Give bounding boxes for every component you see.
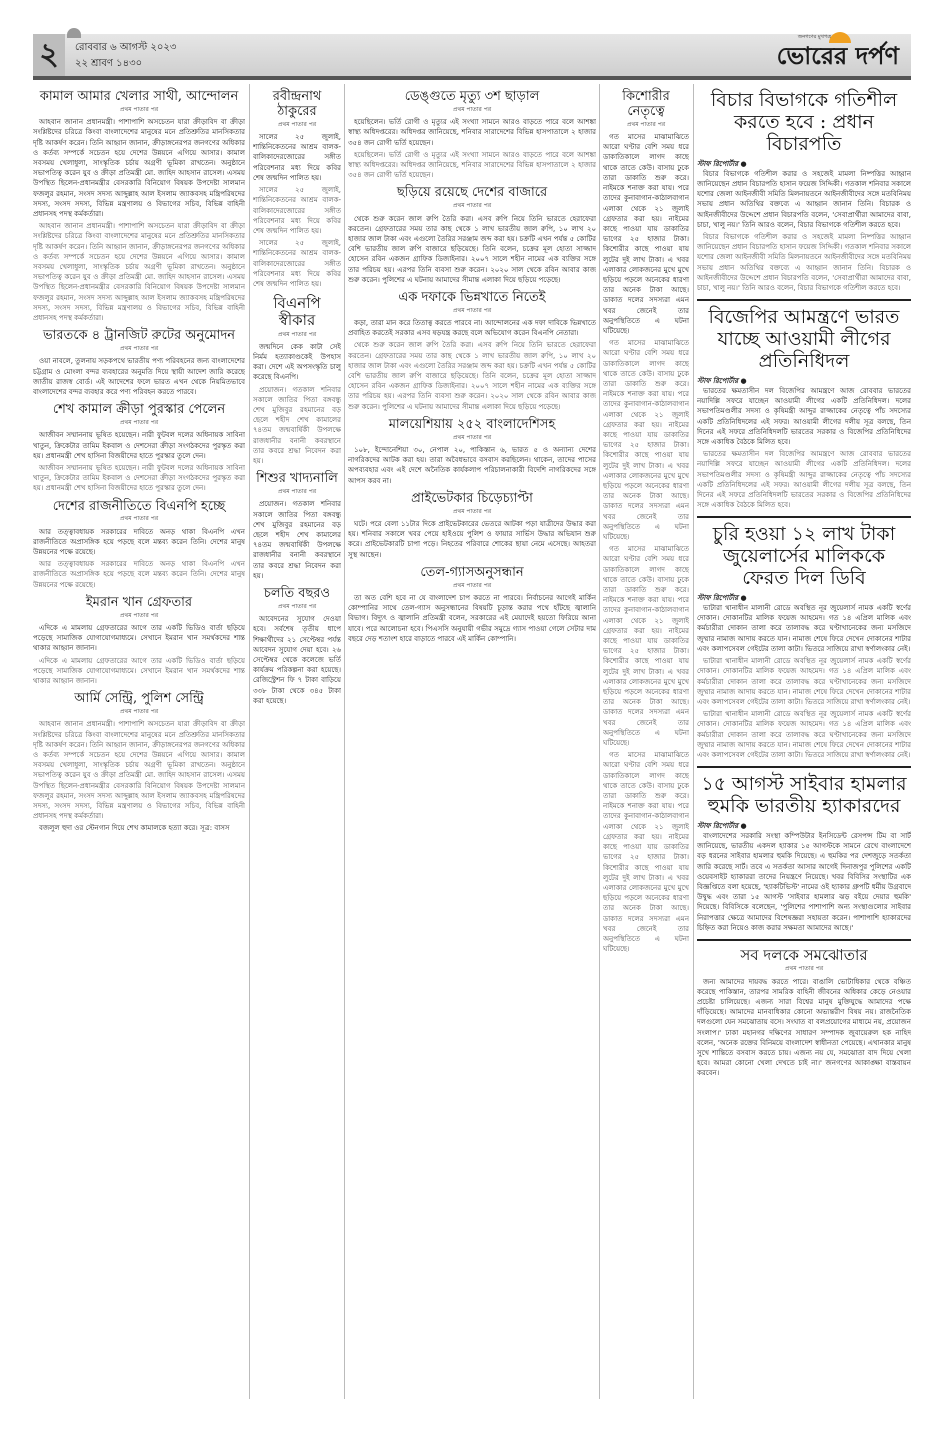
article-cyber-attack: ১৫ আগস্ট সাইবার হামলার হুমকি ভারতীয় হ্য… (697, 774, 911, 933)
headline: আর্মি সেন্ট্রি, পুলিশ সেন্ট্রি (33, 692, 245, 707)
article-teen-led: কিশোরীর নেতৃত্বে প্রথম পাতার পর গত মাসের… (603, 90, 689, 954)
article-india-transit: ভারতকে ৪ ট্রানজিট রুটের অনুমোদন প্রথম পা… (33, 329, 245, 397)
article-body: থেকে শুরু করেন জাল রুপি তৈরি করা। এসব রু… (348, 214, 596, 285)
article-body: ভাটারা থানাধীন মালানী রোডে অবস্থিত নূর জ… (697, 709, 911, 760)
article-body: সালের ২৫ জুলাই, শান্তিনিকেতনের আশ্রম বাল… (253, 238, 341, 289)
article-body: ভাটারা থানাধীন মালানী রোডে অবস্থিত নূর জ… (697, 656, 911, 707)
article-body: আহবান জানান প্রধানমন্ত্রী। পাশাপাশি অসচে… (33, 221, 245, 323)
column-2: রবীন্দ্রনাথ ঠাকুরের প্রথম পাতার পর সালের… (253, 84, 341, 1399)
continued-label: প্রথম পাতার পর (253, 120, 341, 130)
page-number: ২ (33, 34, 65, 76)
article-body: আর তত্ত্বাবধায়ক সরকারের দাবিতে অনড় থাক… (33, 527, 245, 558)
tab-curl-decoration (67, 28, 81, 38)
article-awami-league-india: বিজেপির আমন্ত্রণে ভারত যাচ্ছে আওয়ামী লী… (697, 307, 911, 510)
continued-label: প্রথম পাতার পর (697, 964, 911, 974)
byline: স্টাফ রিপোর্টার ● (697, 376, 911, 386)
article-kamal-playmate: কামাল আমার খেলার সাথী, আন্দোলন প্রথম পাত… (33, 90, 245, 323)
continued-label: প্রথম পাতার পর (348, 433, 596, 443)
continued-label: প্রথম পাতার পর (348, 581, 596, 591)
article-body: আজীবন সম্মাননায় ভূষিত হয়েছেন। নারী ফুট… (33, 463, 245, 494)
article-rabindranath: রবীন্দ্রনাথ ঠাকুরের প্রথম পাতার পর সালের… (253, 90, 341, 289)
headline: কিশোরীর নেতৃত্বে (603, 90, 689, 120)
article-body: আহবান জানান প্রধানমন্ত্রী। পাশাপাশি অসচে… (33, 719, 245, 821)
column-5: বিচার বিভাগকে গতিশীল করতে হবে : প্রধান ব… (697, 84, 911, 1399)
article-sheikh-kamal-award: শেখ কামাল ক্রীড়া পুরস্কার পেলেন প্রথম প… (33, 403, 245, 493)
continued-label: প্রথম পাতার পর (603, 120, 689, 130)
continued-label: প্রথম পাতার পর (33, 514, 245, 524)
article-all-parties-consensus: সব দলকে সমঝোতার প্রথম পাতার পর জন্য আমাদ… (697, 947, 911, 1078)
article-body: ভারতের ক্ষমতাসীন দল বিজেপির আমন্ত্রণে আজ… (697, 449, 911, 510)
column-3: ডেঙ্গুতে মৃত্যু ৩শ ছাড়াল প্রথম পাতার পর… (348, 84, 596, 1399)
continued-label: প্রথম পাতার পর (253, 330, 341, 340)
article-body: সালের ২৫ জুলাই, শান্তিনিকেতনের আশ্রম বাল… (253, 185, 341, 236)
continued-label: প্রথম পাতার পর (348, 507, 596, 517)
article-body: হয়েছিলেন। ভর্তি রোগী ও মৃত্যুর এই সংখ্য… (348, 150, 596, 181)
article-body: জন্য আমাদের দায়বদ্ধ করতে পারে। বাঙালি ভ… (697, 977, 911, 1079)
article-body: জন্মদিনে কেক কাটা সেই নির্মম হত্যাকাণ্ডক… (253, 342, 341, 383)
article-body: ১০৮, ইন্দোনেশিয়া ৩০, নেপাল ২০, পাকিস্তা… (348, 445, 596, 486)
column-divider (249, 84, 250, 1399)
column-4: কিশোরীর নেতৃত্বে প্রথম পাতার পর গত মাসের… (603, 84, 689, 1399)
article-privatecar: প্রাইভেটকার চিড়েচ্যাপ্টা প্রথম পাতার পর… (348, 492, 596, 560)
section-divider (697, 766, 911, 768)
headline: এক দফাকে ভিন্নখাতে নিতেই (348, 291, 596, 306)
article-body: বাংলাদেশের সরকারি সংস্থা কম্পিউটার ইনসিড… (697, 831, 911, 933)
article-body: হয়েছিলেন। ভর্তি রোগী ও মৃত্যুর এই সংখ্য… (348, 117, 596, 148)
article-body: সালের ২৫ জুলাই, শান্তিনিকেতনের আশ্রম বাল… (253, 132, 341, 183)
article-one-point: এক দফাকে ভিন্নখাতে নিতেই প্রথম পাতার পর … (348, 291, 596, 412)
headline: তেল-গ্যাসঅনুসন্ধান (348, 566, 596, 581)
article-body: প্রয়োজন। গতকাল শনিবার সকালে জাতির পিতা … (253, 385, 341, 467)
headline: ১৫ আগস্ট সাইবার হামলার হুমকি ভারতীয় হ্য… (697, 774, 911, 818)
column-divider (693, 84, 694, 1399)
date-gregorian: রোববার ৬ আগস্ট ২০২৩ (75, 40, 176, 57)
headline: বিচার বিভাগকে গতিশীল করতে হবে : প্রধান ব… (697, 90, 911, 156)
article-jewellers-theft: চুরি হওয়া ১২ লাখ টাকা জুয়েলার্সের মালি… (697, 524, 911, 760)
article-army-sentry: আর্মি সেন্ট্রি, পুলিশ সেন্ট্রি প্রথম পাত… (33, 692, 245, 833)
continued-label: প্রথম পাতার পর (33, 707, 245, 717)
headline: দেশের রাজনীতিতে বিএনপি হচ্ছে (33, 500, 245, 515)
headline: ইমরান খান গ্রেফতার (33, 596, 245, 611)
article-body: কড়া, তারা মান করে তিতাত্ব করতে পারবে না… (348, 318, 596, 338)
article-bnp-politics: দেশের রাজনীতিতে বিএনপি হচ্ছে প্রথম পাতার… (33, 500, 245, 590)
headline: চুরি হওয়া ১২ লাখ টাকা জুয়েলার্সের মালি… (697, 524, 911, 590)
headline: শিশুর খাদ্যনালি (253, 472, 341, 487)
byline: স্টাফ রিপোর্টার ● (697, 159, 911, 169)
date-bangla: ২২ শ্রাবণ ১৪৩০ (75, 56, 142, 73)
article-dengue: ডেঙ্গুতে মৃত্যু ৩শ ছাড়াল প্রথম পাতার পর… (348, 90, 596, 180)
article-body: গত মাসের মাঝামাঝিতে আরো ঘণ্টার বেশি সময়… (603, 132, 689, 336)
article-child-esophagus: শিশুর খাদ্যনালি প্রথম পাতার পর প্রয়োজন।… (253, 472, 341, 581)
article-body: বিচার বিভাগকে গতিশীল করার ও সহজেই মামলা … (697, 169, 911, 230)
article-body: ভারতের ক্ষমতাসীন দল বিজেপির আমন্ত্রণে আজ… (697, 386, 911, 447)
newspaper-logo: ভোরের দর্পণ (777, 38, 899, 78)
headline: কামাল আমার খেলার সাথী, আন্দোলন (33, 90, 245, 105)
continued-label: প্রথম পাতার পর (33, 418, 245, 428)
article-body: ওয়া নাবলে, তুলনায় সড়কপথে ভারতীয় পণ্য… (33, 356, 245, 397)
byline: স্টাফ রিপোর্টার ● (697, 593, 911, 603)
headline: বিএনপি স্বীকার (253, 295, 341, 330)
article-this-year-too: চলতি বছরও প্রথম পাতার পর আবেদনের সুযোগ দ… (253, 587, 341, 706)
article-body: গত মাসের মাঝামাঝিতে আরো ঘণ্টার বেশি সময়… (603, 338, 689, 542)
article-body: গত মাসের মাঝামাঝিতে আরো ঘণ্টার বেশি সময়… (603, 750, 689, 954)
headline: সব দলকে সমঝোতার (697, 947, 911, 964)
article-body: বজলুল হুদা ওর স্টেনগান দিয়ে শেখ কামালকে… (33, 823, 245, 833)
article-body: তা অত বেশি হবে না যে বাংলাদেশ চাপ করতে ন… (348, 593, 596, 644)
headline: প্রাইভেটকার চিড়েচ্যাপ্টা (348, 492, 596, 507)
article-body: আর তত্ত্বাবধায়ক সরকারের দাবিতে অনড় থাক… (33, 559, 245, 590)
continued-label: প্রথম পাতার পর (33, 611, 245, 621)
article-body: আহবান জানান প্রধানমন্ত্রী। পাশাপাশি অসচে… (33, 117, 245, 219)
continued-label: প্রথম পাতার পর (253, 602, 341, 612)
continued-label: প্রথম পাতার পর (33, 344, 245, 354)
headline: রবীন্দ্রনাথ ঠাকুরের (253, 90, 341, 120)
continued-label: প্রথম পাতার পর (253, 487, 341, 497)
headline: বিজেপির আমন্ত্রণে ভারত যাচ্ছে আওয়ামী লী… (697, 307, 911, 373)
headline: ভারতকে ৪ ট্রানজিট রুটের অনুমোদন (33, 329, 245, 344)
article-body: আজীবন সম্মাননায় ভূষিত হয়েছেন। নারী ফুট… (33, 430, 245, 461)
headline: চলতি বছরও (253, 587, 341, 602)
article-fake-currency: ছড়িয়ে রয়েছে দেশের বাজারে প্রথম পাতার … (348, 186, 596, 285)
article-malaysia: মালয়েশিয়ায় ২৫২ বাংলাদেশিসহ প্রথম পাতা… (348, 418, 596, 486)
headline: ছড়িয়ে রয়েছে দেশের বাজারে (348, 186, 596, 201)
article-body: এদিকে এ মামলায় গ্রেফতারের আগে তার একটি … (33, 623, 245, 654)
continued-label: প্রথম পাতার পর (348, 306, 596, 316)
headline: ডেঙ্গুতে মৃত্যু ৩শ ছাড়াল (348, 90, 596, 105)
masthead: ২ রোববার ৬ আগস্ট ২০২৩ ২২ শ্রাবণ ১৪৩০ জনগ… (33, 34, 911, 80)
continued-label: প্রথম পাতার পর (348, 105, 596, 115)
article-bnp-admits: বিএনপি স্বীকার প্রথম পাতার পর জন্মদিনে ক… (253, 295, 341, 466)
article-body: আবেদনের সুযোগ দেওয়া হবে। সর্বশেষ তৃতীয়… (253, 614, 341, 706)
article-body: ঘটে। পরে বেলা ১১টার দিকে প্রাইভেটকারের ভ… (348, 519, 596, 560)
article-chief-justice: বিচার বিভাগকে গতিশীল করতে হবে : প্রধান ব… (697, 90, 911, 293)
article-imran-khan: ইমরান খান গ্রেফতার প্রথম পাতার পর এদিকে … (33, 596, 245, 686)
article-body: গত মাসের মাঝামাঝিতে আরো ঘণ্টার বেশি সময়… (603, 544, 689, 748)
continued-label: প্রথম পাতার পর (348, 201, 596, 211)
continued-label: প্রথম পাতার পর (33, 105, 245, 115)
column-1: কামাল আমার খেলার সাথী, আন্দোলন প্রথম পাত… (33, 84, 245, 1399)
article-body: ভাটারা থানাধীন মালানী রোডে অবস্থিত নূর জ… (697, 603, 911, 654)
article-oil-gas: তেল-গ্যাসঅনুসন্ধান প্রথম পাতার পর তা অত … (348, 566, 596, 644)
article-body: প্রয়োজন। গতকাল শনিবার সকালে জাতির পিতা … (253, 499, 341, 581)
byline: স্টাফ রিপোর্টার ● (697, 821, 911, 831)
section-divider (697, 516, 911, 518)
headline: মালয়েশিয়ায় ২৫২ বাংলাদেশিসহ (348, 418, 596, 433)
article-body: এদিকে এ মামলায় গ্রেফতারের আগে তার একটি … (33, 656, 245, 687)
article-body: বিচার বিভাগকে গতিশীল করার ও সহজেই মামলা … (697, 232, 911, 293)
section-divider (697, 939, 911, 941)
article-body: থেকে শুরু করেন জাল রুপি তৈরি করা। এসব রু… (348, 340, 596, 411)
section-divider (697, 299, 911, 301)
column-divider (344, 84, 345, 1399)
headline: শেখ কামাল ক্রীড়া পুরস্কার পেলেন (33, 403, 245, 418)
column-divider (599, 84, 600, 1399)
